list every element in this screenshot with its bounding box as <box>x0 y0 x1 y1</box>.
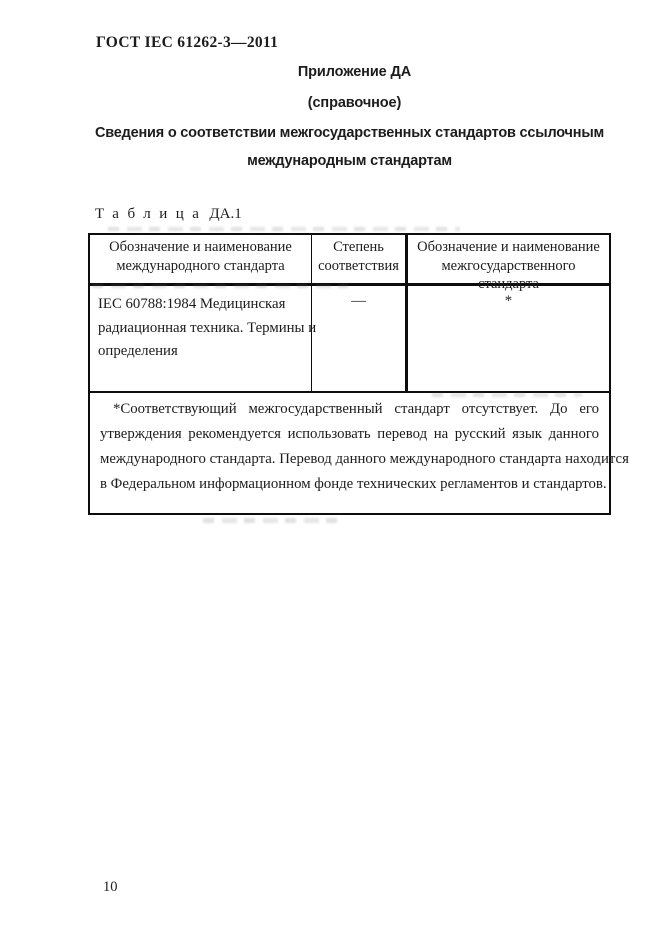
footnote-line: утверждения рекомендуется использовать п… <box>100 422 599 447</box>
column-header-interstate-standard: Обозначение и наименование межгосударств… <box>408 235 609 283</box>
standard-designation: ГОСТ IEC 61262-3—2011 <box>96 34 278 52</box>
page-number: 10 <box>103 879 118 896</box>
footnote-line: в Федеральном информационном фонде техни… <box>100 472 599 497</box>
cell-line: IEC 60788:1984 Медицинская <box>98 293 307 317</box>
header-line: межгосударственного <box>408 257 609 276</box>
appendix-heading: Приложение ДА <box>0 64 661 80</box>
footnote-line: международного стандарта. Перевод данног… <box>100 447 599 472</box>
cell-line: радиационная техника. Термины и <box>98 317 307 341</box>
scan-artifact <box>432 393 582 397</box>
cell-degree: — <box>312 286 408 391</box>
column-header-degree: Степень соответствия <box>312 235 408 283</box>
header-line: Обозначение и наименование <box>90 238 311 257</box>
table-caption-number: ДА.1 <box>209 206 241 222</box>
appendix-subtitle: (справочное) <box>0 95 661 111</box>
table-footnote: *Соответствующий межгосударственный стан… <box>90 393 609 497</box>
correspondence-table: Обозначение и наименование международног… <box>88 233 611 515</box>
cell-line: определения <box>98 340 307 364</box>
scan-artifact <box>203 518 339 523</box>
scan-artifact <box>92 284 348 288</box>
table-header-row: Обозначение и наименование международног… <box>90 235 609 286</box>
cell-international-standard: IEC 60788:1984 Медицинская радиационная … <box>90 286 312 391</box>
document-page: ГОСТ IEC 61262-3—2011 Приложение ДА (спр… <box>0 0 661 936</box>
scan-artifact <box>108 227 460 231</box>
header-line: соответствия <box>312 257 405 276</box>
table-row: IEC 60788:1984 Медицинская радиационная … <box>90 286 609 393</box>
footnote-line: *Соответствующий межгосударственный стан… <box>100 397 599 422</box>
table-caption: ТаблицаДА.1 <box>95 206 242 223</box>
appendix-title-line2: международным стандартам <box>88 148 611 176</box>
appendix-title: Сведения о соответствии межгосударственн… <box>88 120 611 175</box>
cell-interstate-standard: * <box>408 286 609 391</box>
appendix-title-line1: Сведения о соответствии межгосударственн… <box>88 120 611 148</box>
table-caption-word: Таблица <box>95 206 207 222</box>
header-line: международного стандарта <box>90 257 311 276</box>
header-line: Степень <box>312 238 405 257</box>
column-header-international-standard: Обозначение и наименование международног… <box>90 235 312 283</box>
header-line: Обозначение и наименование <box>408 238 609 257</box>
